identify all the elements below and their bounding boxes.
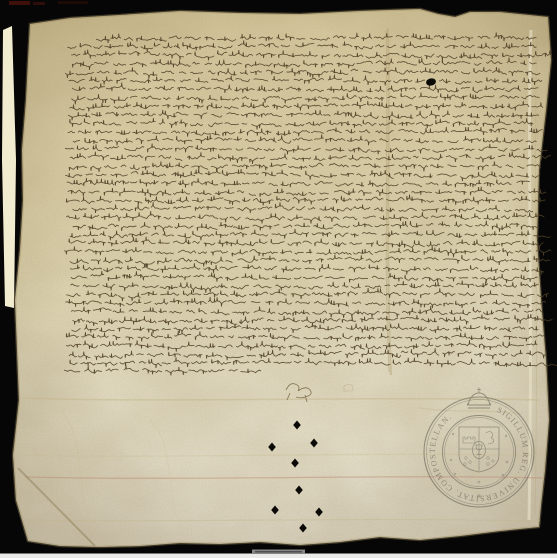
caption-watermark-bar — [252, 550, 305, 555]
charter-photograph: SIGILLUM REG. UNIVERSITAT. COMPOSTELLAN. — [0, 0, 557, 558]
photo-frame: SIGILLUM REG. UNIVERSITAT. COMPOSTELLAN. — [0, 0, 557, 558]
bottom-border-strip — [0, 554, 557, 558]
